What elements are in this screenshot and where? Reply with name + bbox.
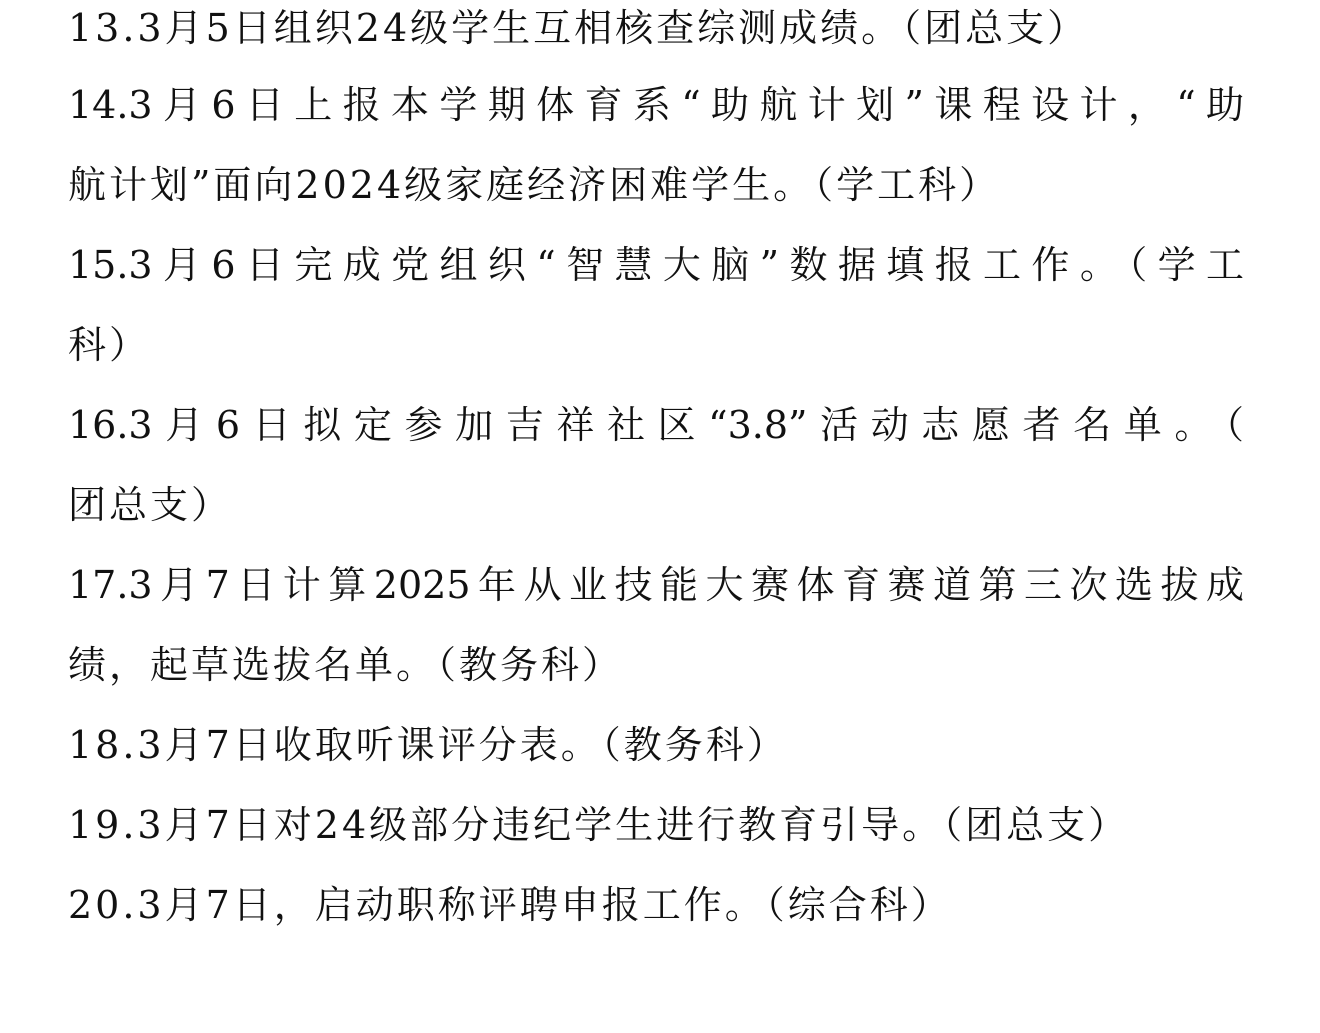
- list-item-13-line-1: 13.3月5日组织24级学生互相核查综测成绩。（团总支）: [68, 0, 1088, 56]
- list-item-17-line-2: 绩，起草选拔名单。（教务科）: [68, 637, 623, 693]
- list-item-15-line-2: 科）: [68, 317, 150, 373]
- list-item-20-line-1: 20.3月7日，启动职称评聘申报工作。（综合科）: [68, 877, 952, 933]
- list-item-14-line-1: 14.3月6日上报本学期体育系“助航计划”课程设计，“助: [68, 77, 1244, 133]
- document-page: 13.3月5日组织24级学生互相核查综测成绩。（团总支） 14.3月6日上报本学…: [0, 0, 1320, 1033]
- list-item-16-line-1: 16.3月6日拟定参加吉祥社区“3.8”活动志愿者名单。（: [68, 397, 1244, 453]
- list-item-17-line-1: 17.3月7日计算2025年从业技能大赛体育赛道第三次选拔成: [68, 557, 1244, 613]
- list-item-15-line-1: 15.3月6日完成党组织“智慧大脑”数据填报工作。（学工: [68, 237, 1244, 293]
- list-item-16-line-2: 团总支）: [68, 477, 232, 533]
- list-item-19-line-1: 19.3月7日对24级部分违纪学生进行教育引导。（团总支）: [68, 797, 1129, 853]
- list-item-18-line-1: 18.3月7日收取听课评分表。（教务科）: [68, 717, 788, 773]
- list-item-14-line-2: 航计划”面向2024级家庭经济困难学生。（学工科）: [68, 157, 1000, 213]
